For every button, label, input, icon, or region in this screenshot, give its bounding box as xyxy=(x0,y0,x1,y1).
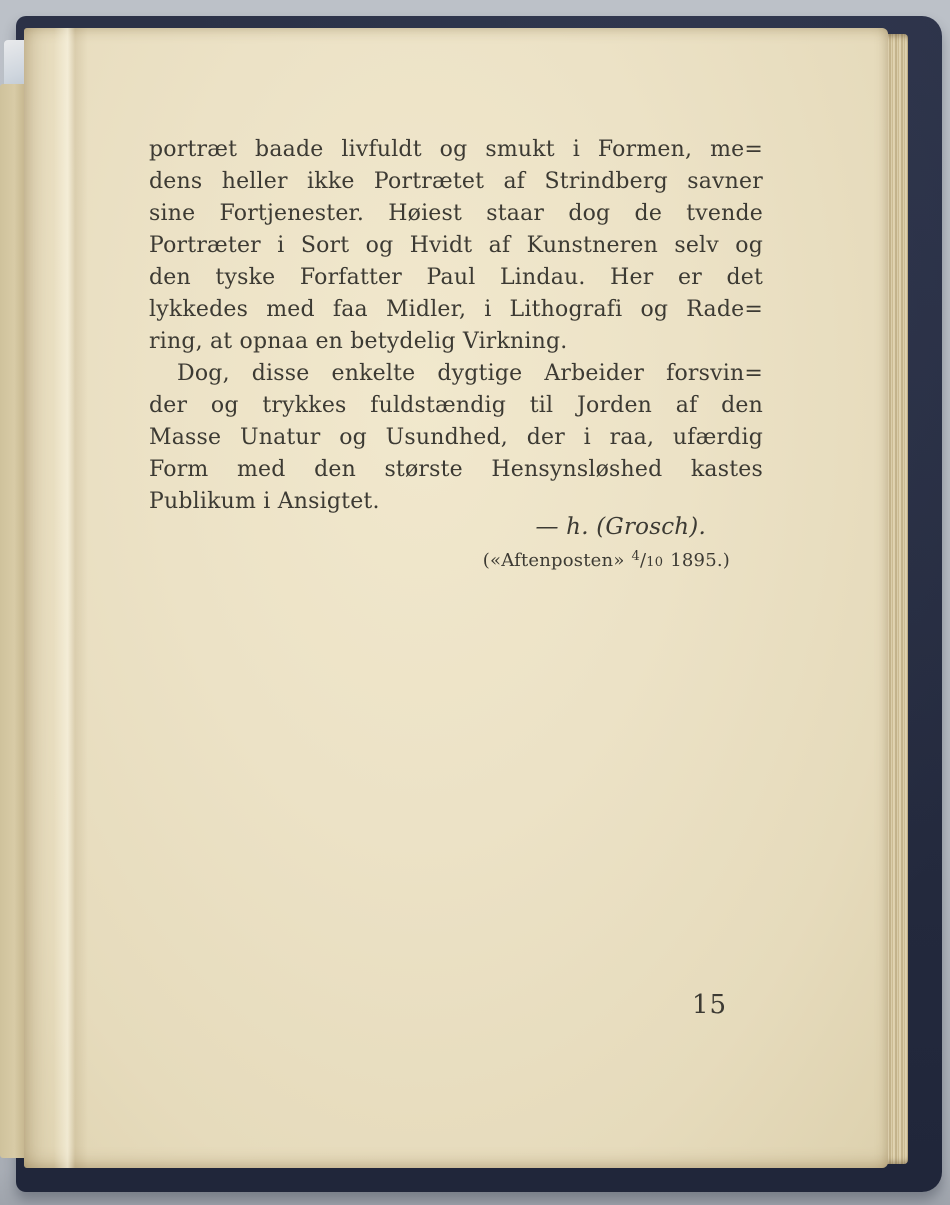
text-line: portræt baade livfuldt og smukt i Formen… xyxy=(149,134,763,166)
text-line: Form med den største Hensynsløshed kaste… xyxy=(149,454,763,486)
text-line: Masse Unatur og Usundhed, der i raa, ufæ… xyxy=(149,422,763,454)
scanner-background: { "scan": { "description": "Scanned page… xyxy=(0,0,950,1205)
text-line: der og trykkes fuldstændig til Jorden af… xyxy=(149,390,763,422)
text-line: sine Fortjenester. Høiest staar dog de t… xyxy=(149,198,763,230)
previous-page-edge xyxy=(0,84,26,1158)
text-block: portræt baade livfuldt og smukt i Formen… xyxy=(149,134,763,576)
page-number: 15 xyxy=(692,990,727,1020)
book-page: portræt baade livfuldt og smukt i Formen… xyxy=(24,28,888,1168)
text-line: Dog, disse enkelte dygtige Arbeider fors… xyxy=(149,358,763,390)
fore-edge-page-stack xyxy=(886,34,908,1164)
text-line: den tyske Forfatter Paul Lindau. Her er … xyxy=(149,262,763,294)
byline: — h. (Grosch). («Aftenposten»4/101895.) xyxy=(149,510,763,576)
text-line: lykkedes med faa Midler, i Lithografi og… xyxy=(149,294,763,326)
source-title: («Aftenposten» xyxy=(483,550,625,571)
source-year: 1895.) xyxy=(670,550,730,571)
page-crease xyxy=(54,28,88,1168)
text-line: Portræter i Sort og Hvidt af Kunstneren … xyxy=(149,230,763,262)
paragraph: Dog, disse enkelte dygtige Arbeider fors… xyxy=(149,358,763,518)
source-date-numerator: 4 xyxy=(632,549,640,564)
source-date-denominator: 10 xyxy=(646,555,663,570)
text-line: ring, at opnaa en betydelig Virkning. xyxy=(149,326,763,358)
text-line: dens heller ikke Portrætet af Strindberg… xyxy=(149,166,763,198)
attribution-source: («Aftenposten»4/101895.) xyxy=(149,544,763,576)
paragraph: portræt baade livfuldt og smukt i Formen… xyxy=(149,134,763,358)
